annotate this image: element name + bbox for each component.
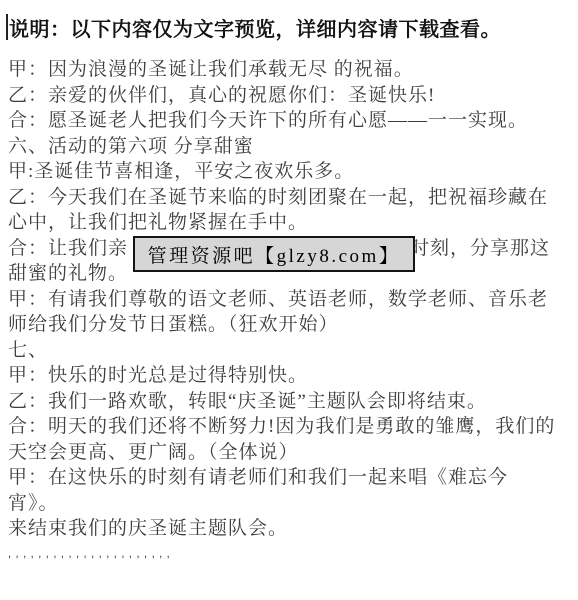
text-line: 合：明天的我们还将不断努力!因为我们是勇敢的雏鹰，我们的 (8, 414, 574, 440)
text-line: 师给我们分发节日蛋糕。（狂欢开始） (8, 312, 574, 338)
preview-notice: 说明：以下内容仅为文字预览，详细内容请下载查看。 (9, 13, 501, 42)
text-line: 六、活动的第六项 分享甜蜜 (8, 134, 574, 160)
watermark-badge: 管理资源吧【glzy8.com】 (133, 236, 415, 272)
text-line: 来结束我们的庆圣诞主题队会。 (8, 516, 574, 542)
text-line: 乙：我们一路欢歌，转眼“庆圣诞”主题队会即将结束。 (8, 389, 574, 415)
text-line: 乙：亲爱的伙伴们，真心的祝愿你们：圣诞快乐! (8, 83, 574, 109)
ellipsis-row: ,,,,,,,,,,,,,,,,,,,,,, (8, 542, 574, 568)
text-line: 乙：今天我们在圣诞节来临的时刻团聚在一起，把祝福珍藏在 (8, 185, 574, 211)
text-cursor (6, 14, 8, 40)
text-line: 甲：有请我们尊敬的语文老师、英语老师，数学老师、音乐老 (8, 287, 574, 313)
document-preview-page: 说明：以下内容仅为文字预览，详细内容请下载查看。 甲：因为浪漫的圣诞让我们承载无… (0, 0, 578, 600)
text-line: 心中，让我们把礼物紧握在手中。 (8, 210, 574, 236)
text-line: 七、 (8, 338, 574, 364)
text-line: 甲：在这快乐的时刻有请老师们和我们一起来唱《难忘今 (8, 465, 574, 491)
script-body: 甲：因为浪漫的圣诞让我们承载无尽 的祝福。 乙：亲爱的伙伴们，真心的祝愿你们：圣… (8, 57, 574, 567)
text-line: 甲:圣诞佳节喜相逢，平安之夜欢乐多。 (8, 159, 574, 185)
watermark-text: 管理资源吧【glzy8.com】 (148, 241, 401, 268)
text-line: 天空会更高、更广阔。（全体说） (8, 440, 574, 466)
split-line-right: 时刻，分享那这 (410, 236, 550, 262)
text-line: 甲：因为浪漫的圣诞让我们承载无尽 的祝福。 (8, 57, 574, 83)
text-line: 甲：快乐的时光总是过得特别快。 (8, 363, 574, 389)
text-line: 合：愿圣诞老人把我们今天许下的所有心愿——一一实现。 (8, 108, 574, 134)
split-line-left: 合：让我们亲 (8, 238, 128, 259)
text-line: 宵》。 (8, 491, 574, 517)
